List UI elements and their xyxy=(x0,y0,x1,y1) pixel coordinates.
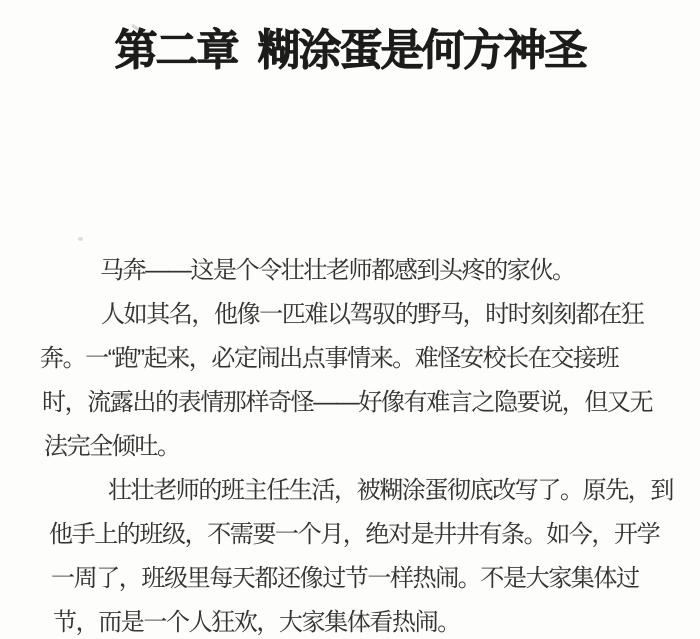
scan-artifact xyxy=(78,237,83,241)
text-line: 节，而是一个人狂欢，大家集体看热闹。 xyxy=(53,601,678,639)
text-line: 奔。一“跑”起来，必定闹出点事情来。难怪安校长在交接班 xyxy=(40,337,678,381)
text-line: 他手上的班级，不需要一个月，绝对是井井有条。如今，开学 xyxy=(49,513,678,557)
body-text: 马奔——这是个令壮壮老师都感到头疼的家伙。 人如其名，他像一匹难以驾驭的野马，时… xyxy=(38,249,678,639)
text-line: 一周了，班级里每天都还像过节一样热闹。不是大家集体过 xyxy=(51,557,678,601)
chapter-title: 第二章 糊涂蛋是何方神圣 xyxy=(0,26,700,76)
text-line: 壮壮老师的班主任生活，被糊涂蛋彻底改写了。原先，到 xyxy=(46,469,678,513)
text-line: 法完全倾吐。 xyxy=(44,425,678,469)
text-line: 人如其名，他像一匹难以驾驭的野马，时时刻刻都在狂 xyxy=(39,293,678,337)
book-page: 第二章 糊涂蛋是何方神圣 马奔——这是个令壮壮老师都感到头疼的家伙。 人如其名，… xyxy=(0,0,700,639)
text-line: 马奔——这是个令壮壮老师都感到头疼的家伙。 xyxy=(38,249,678,293)
text-line: 时，流露出的表情那样奇怪——好像有难言之隐要说，但又无 xyxy=(42,381,678,425)
